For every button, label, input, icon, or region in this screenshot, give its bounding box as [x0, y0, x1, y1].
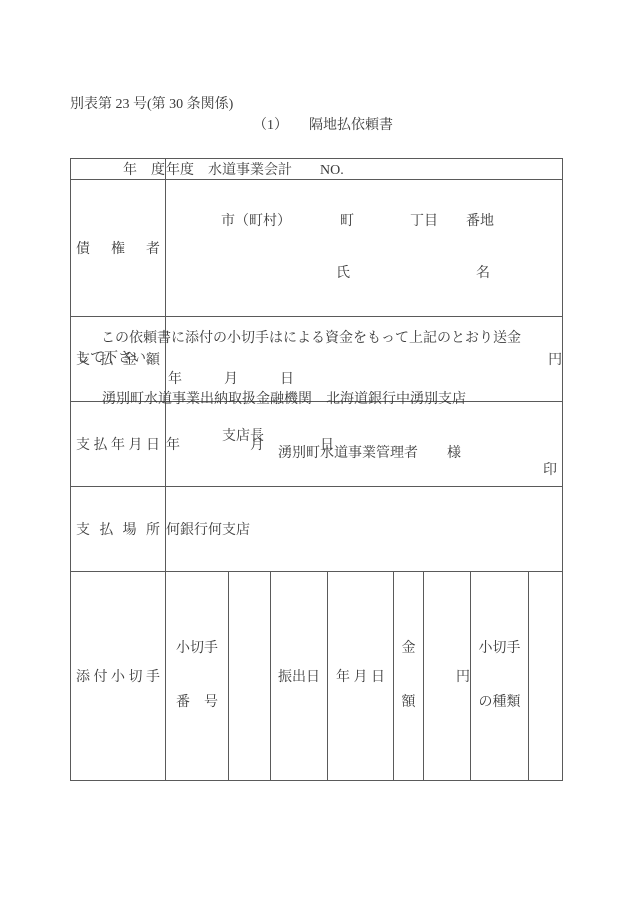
check-type-value-cell [529, 572, 563, 781]
instruction-line1: この依頼書に添付の小切手はによる資金をもって上記のとおり送金 [101, 330, 521, 347]
attachment-header: 別表第 23 号(第 30 条関係) [70, 96, 233, 113]
document-page: 別表第 23 号(第 30 条関係) （1） 隔地払依頼書 年 度 年度 水道事… [0, 0, 630, 915]
water-business-manager-label: 湧別町水道事業管理者 [278, 445, 418, 462]
creditor-name-line: 氏 名 [166, 264, 562, 284]
creditor-row: 債権者 市（町村） 町 丁目 番地 氏 名 [71, 180, 563, 317]
check-type-label-line2: の種類 [471, 694, 528, 712]
payment-place-label: 支払場所 [71, 519, 165, 539]
issue-date-value-cell: 年 月 日 [328, 572, 394, 781]
check-type-label-cell: 小切手 の種類 [471, 572, 529, 781]
check-type-label-line1: 小切手 [471, 640, 528, 658]
instruction-line2: して下さい。 [76, 350, 160, 367]
creditor-value-cell: 市（町村） 町 丁目 番地 氏 名 [166, 180, 563, 317]
payment-place-label-cell: 支払場所 [71, 487, 166, 572]
fiscal-year-label: 年 度 [71, 159, 166, 180]
check-number-label-line2: 番 号 [166, 694, 228, 712]
financial-institution-line: 湧別町水道事業出納取扱金融機関 北海道銀行中湧別支店 [102, 391, 466, 408]
date-blank-line: 年 月 日 [168, 371, 294, 388]
attached-check-label: 添付小切手 [71, 666, 165, 686]
payment-place-value-cell: 何銀行何支店 [166, 487, 563, 572]
check-number-label-line1: 小切手 [166, 640, 228, 658]
creditor-label: 債権者 [71, 238, 165, 258]
check-amount-unit-cell: 円 [424, 572, 471, 781]
check-number-label-cell: 小切手 番 号 [166, 572, 229, 781]
creditor-label-cell: 債権者 [71, 180, 166, 317]
payment-place-row: 支払場所 何銀行何支店 [71, 487, 563, 572]
form-title: （1） 隔地払依頼書 [253, 117, 393, 134]
creditor-address-line: 市（町村） 町 丁目 番地 [166, 212, 562, 232]
manager-line: 湧別町水道事業管理者 印 [0, 428, 630, 496]
fiscal-year-value-cell: 年度 水道事業会計 NO. [166, 159, 563, 180]
issue-date-label-cell: 振出日 [271, 572, 328, 781]
fiscal-year-row: 年 度 年度 水道事業会計 NO. [71, 159, 563, 180]
check-number-value-cell [229, 572, 271, 781]
seal-mark: 印 [543, 462, 557, 479]
check-amount-label-line2: 額 [394, 694, 423, 712]
attached-check-label-cell: 添付小切手 [71, 572, 166, 781]
check-amount-label-cell: 金 額 [394, 572, 424, 781]
attached-check-row: 添付小切手 小切手 番 号 振出日 年 月 日 金 額 円 小切手 [71, 572, 563, 781]
check-amount-label-line1: 金 [394, 640, 423, 658]
